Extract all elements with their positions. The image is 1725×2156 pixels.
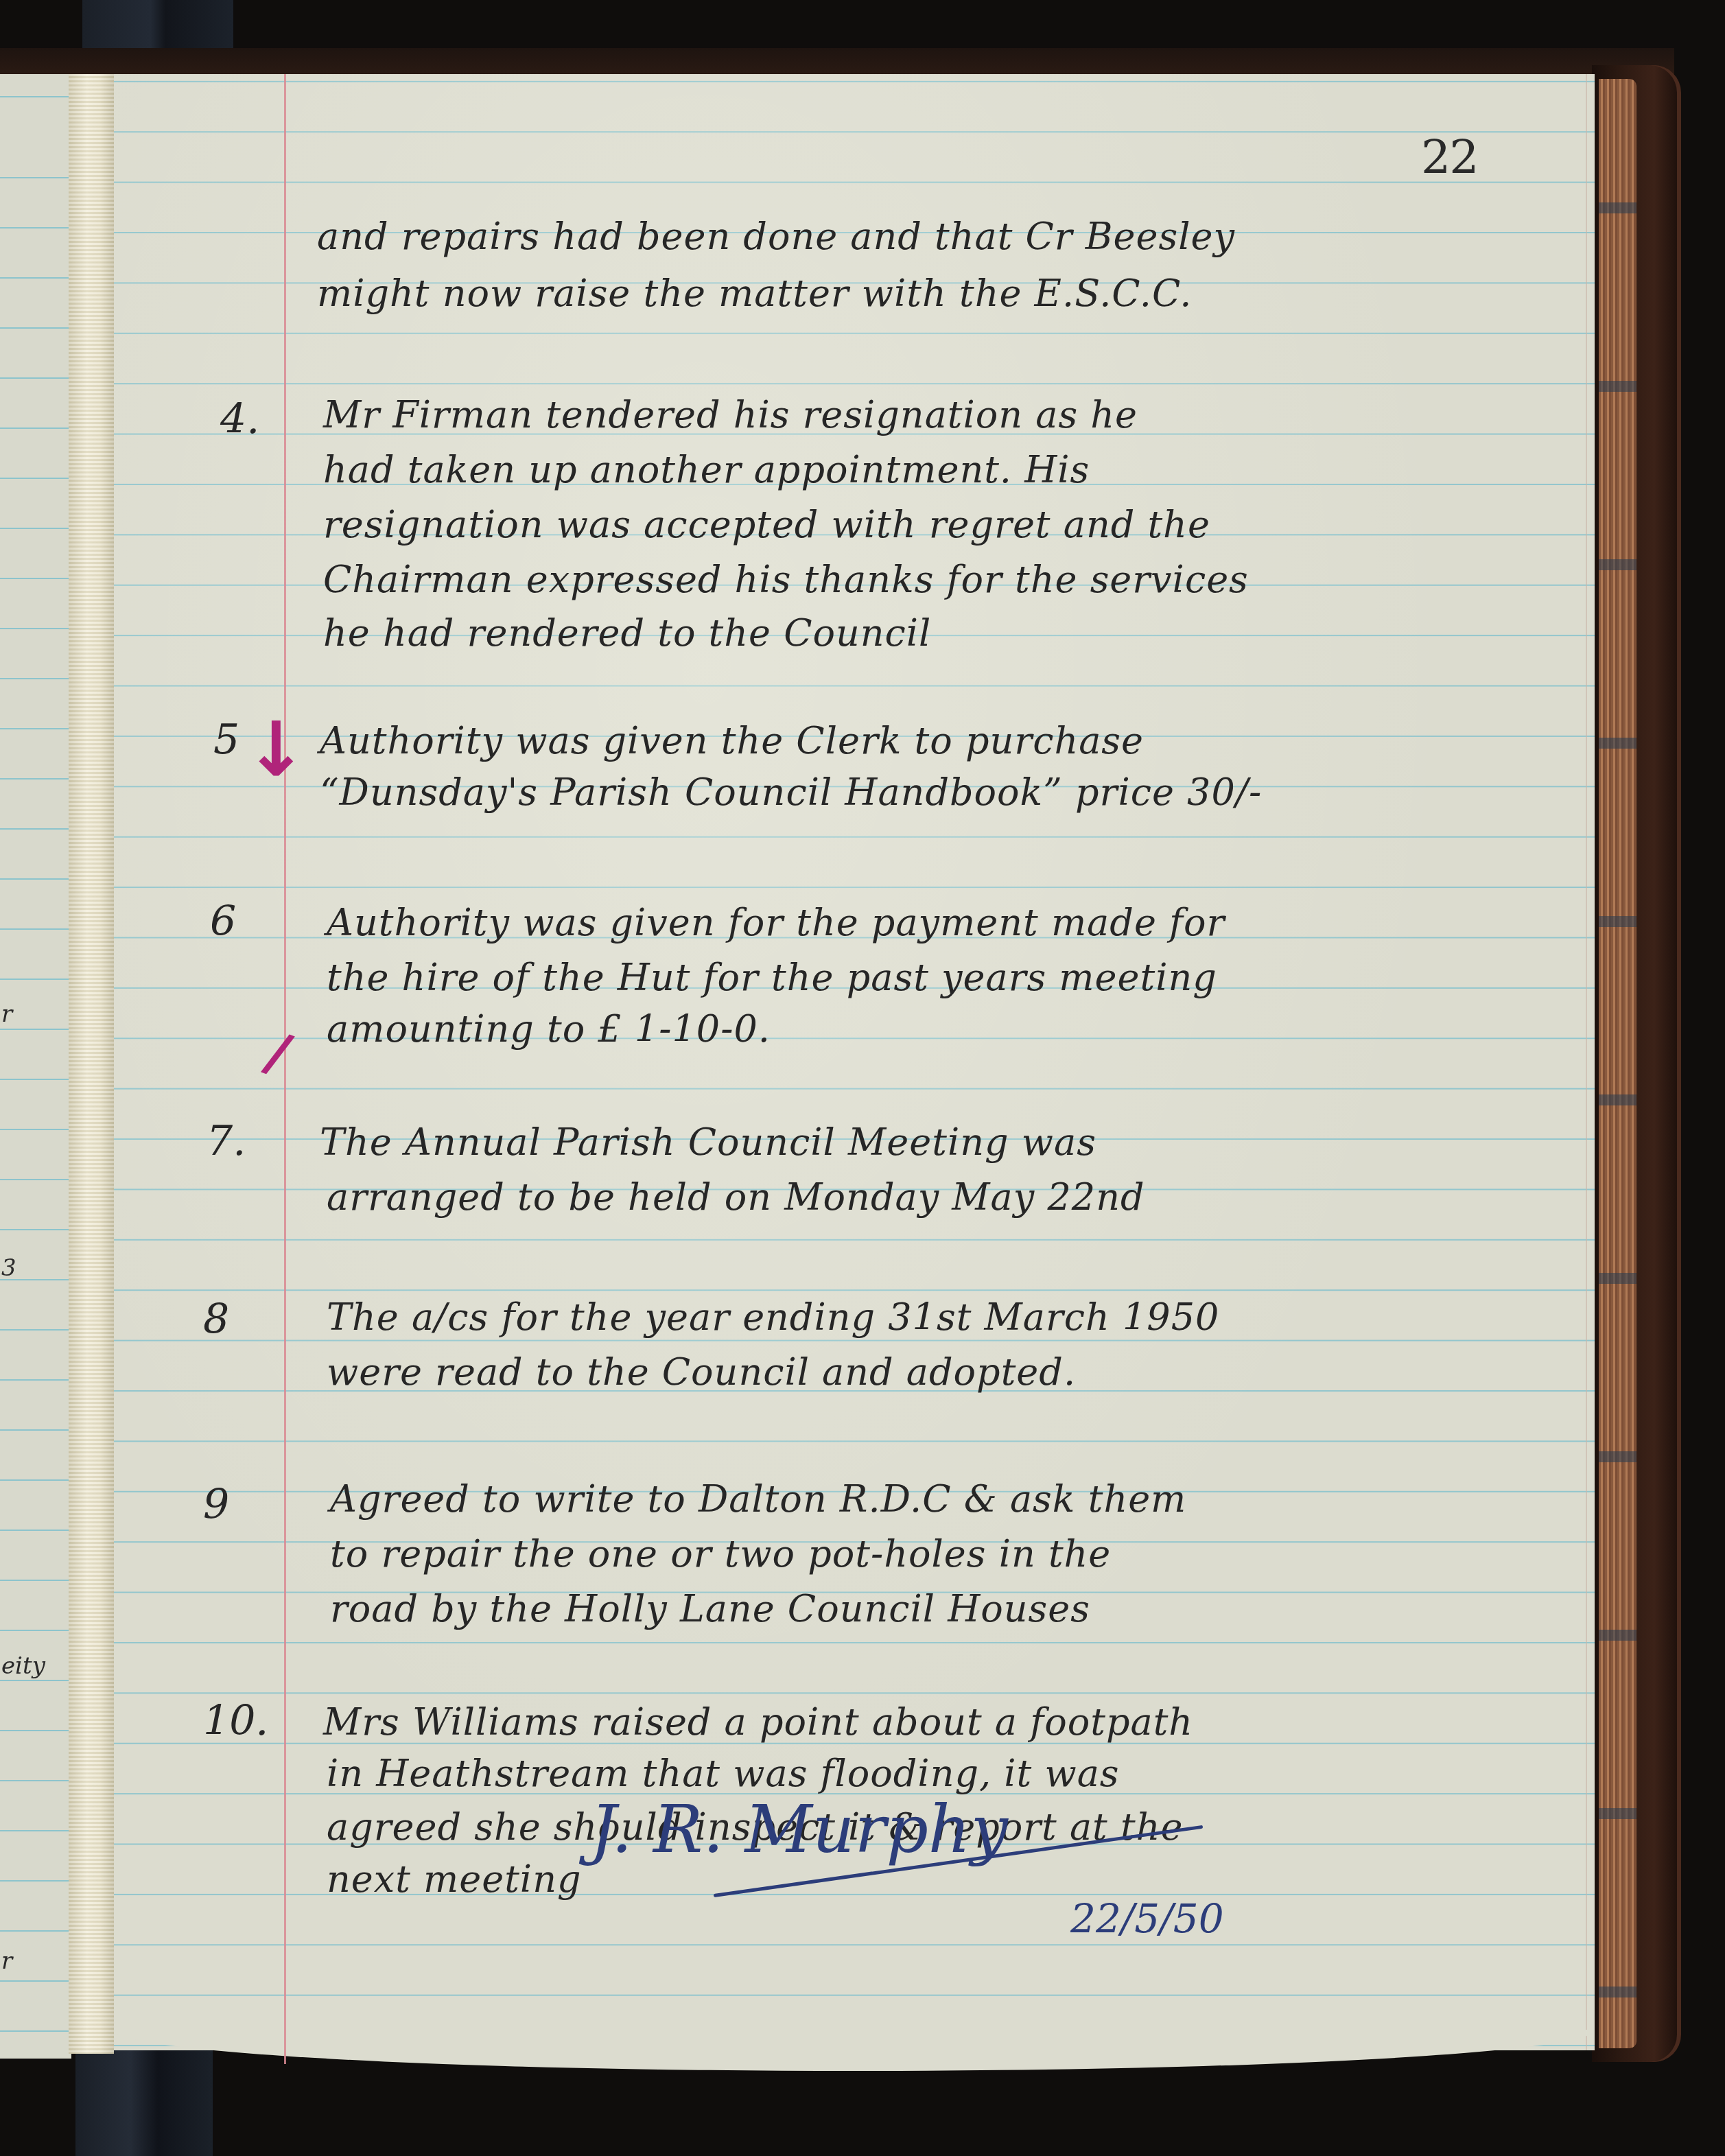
item-line: the hire of the Hut for the past years m… <box>327 952 1217 1003</box>
item-line: resignation was accepted with regret and… <box>323 500 1210 550</box>
item-line: had taken up another appointment. His <box>323 445 1090 495</box>
left-page-sliver: r 3 eity r <box>0 74 71 2059</box>
item-line: “Dunsday's Parish Council Handbook” pric… <box>320 767 1262 817</box>
left-fragment: r <box>1 1947 12 1975</box>
page-edges-marbled <box>1599 79 1636 2048</box>
continuation-line: and repairs had been done and that Cr Be… <box>317 211 1235 261</box>
item-line: next meeting <box>327 1854 582 1904</box>
item-line: he had rendered to the Council <box>323 608 931 658</box>
magenta-tick-mark: / <box>258 1020 298 1086</box>
item-line: Mrs Williams raised a point about a foot… <box>323 1697 1193 1747</box>
item-line: arranged to be held on Monday May 22nd <box>327 1172 1145 1222</box>
item-line: road by the Holly Lane Council Houses <box>330 1584 1090 1634</box>
left-fragment: r <box>1 1000 12 1028</box>
signature: J. R. Murphy <box>590 1791 1008 1868</box>
signature-date: 22/5/50 <box>1070 1895 1224 1942</box>
cloth-binding-strip <box>69 74 114 2054</box>
continuation-line: might now raise the matter with the E.S.… <box>317 268 1192 318</box>
item-number: 6 <box>210 898 236 946</box>
item-number: 10. <box>203 1697 268 1745</box>
page-edge-rule <box>1586 74 1587 2050</box>
magenta-arrow-mark: ↓ <box>244 705 307 793</box>
item-number: 9 <box>203 1481 229 1529</box>
item-line: The a/cs for the year ending 31st March … <box>327 1292 1219 1342</box>
item-line: Agreed to write to Dalton R.D.C & ask th… <box>330 1474 1186 1524</box>
item-number: 4. <box>220 395 259 443</box>
margin-line <box>284 74 286 2064</box>
item-line: to repair the one or two pot-holes in th… <box>330 1529 1111 1579</box>
item-line: Chairman expressed his thanks for the se… <box>323 554 1249 605</box>
item-number: 8 <box>203 1296 229 1344</box>
cover-top-edge <box>0 48 1674 74</box>
scanned-notebook-spread: r 3 eity r 22 and repairs had been done … <box>0 0 1725 2156</box>
item-line: amounting to £ 1-10-0. <box>327 1004 771 1054</box>
spine-top <box>82 0 233 48</box>
notebook-page: 22 and repairs had been done and that Cr… <box>114 74 1595 2050</box>
item-line: were read to the Council and adopted. <box>327 1347 1076 1397</box>
item-line: Authority was given the Clerk to purchas… <box>320 716 1144 766</box>
item-line: Mr Firman tendered his resignation as he <box>323 390 1138 440</box>
item-line: Authority was given for the payment made… <box>327 898 1225 948</box>
item-line: The Annual Parish Council Meeting was <box>320 1117 1096 1167</box>
item-number: 7. <box>207 1117 246 1165</box>
item-number: 5 <box>213 716 239 764</box>
left-fragment: eity <box>1 1652 45 1680</box>
spine-bottom <box>75 2045 213 2156</box>
page-number: 22 <box>1421 130 1478 185</box>
left-fragment: 3 <box>1 1254 16 1282</box>
